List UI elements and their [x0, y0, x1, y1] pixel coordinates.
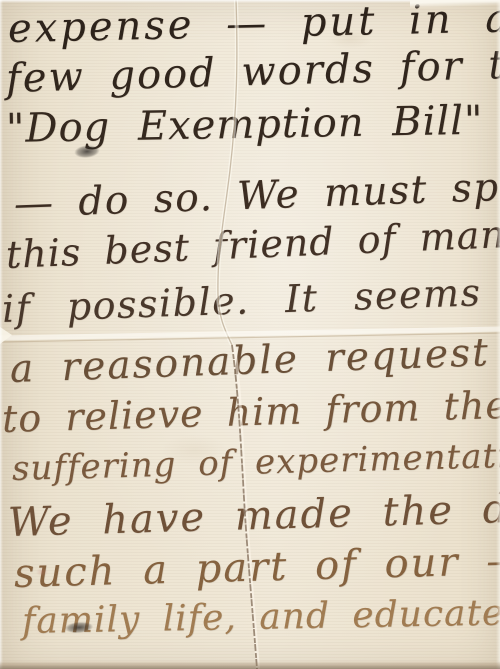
paper-corner-tear	[410, 0, 500, 9]
paper-stain	[150, 430, 240, 470]
handwritten-line: We have made the dog	[7, 484, 500, 546]
paper-stain	[34, 566, 50, 578]
letter-page: expense — put in a few good words for th…	[0, 0, 500, 669]
handwritten-line: a reasonable request	[9, 330, 490, 392]
handwritten-line: if possible. It seems	[1, 270, 482, 331]
paper-edge-left	[0, 0, 3, 669]
handwritten-line: suffering of experimentation	[11, 435, 500, 489]
handwritten-line: such a part of our —	[13, 538, 500, 597]
paper-edge-bottom	[0, 661, 500, 669]
paper-stain	[320, 26, 380, 52]
paper-edge-right	[496, 0, 500, 669]
handwritten-line: to relieve him from the	[1, 383, 500, 441]
handwritten-line: family life, and educated	[22, 592, 500, 642]
